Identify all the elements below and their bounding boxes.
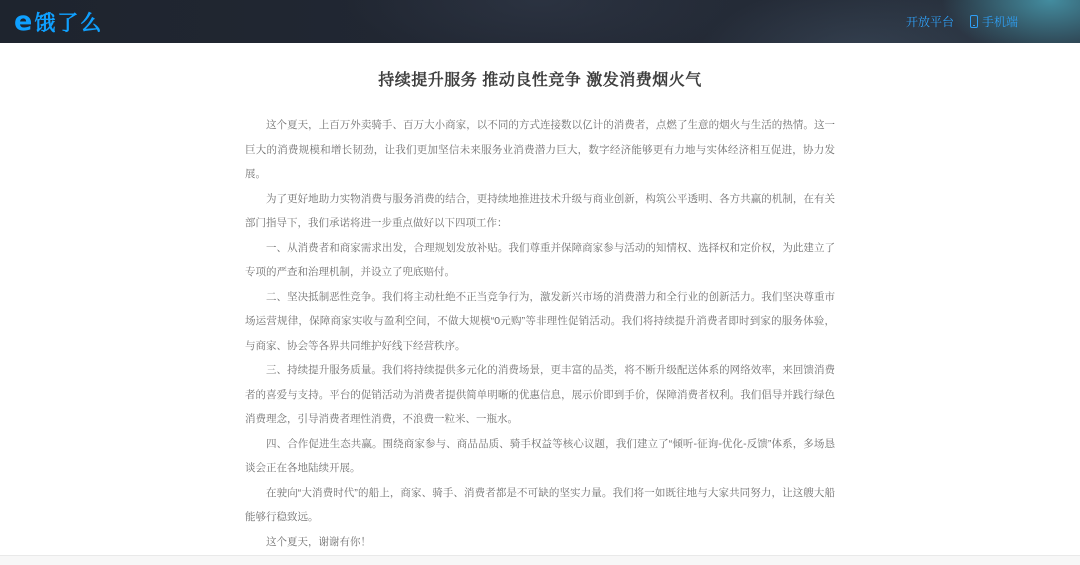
- nav-mobile[interactable]: 手机端: [970, 13, 1018, 30]
- eleme-logo-text: 饿了么: [34, 7, 103, 37]
- eleme-e-icon: e: [14, 8, 32, 35]
- top-nav: 开放平台 手机端: [906, 13, 1018, 30]
- paragraph: 一、从消费者和商家需求出发，合理规划发放补贴。我们尊重并保障商家参与活动的知情权…: [245, 236, 835, 285]
- page: e 饿了么 开放平台 手机端 持续提升服务 推动良性竞争 激发消费烟火气 这个夏…: [0, 0, 1080, 565]
- paragraph: 四、合作促进生态共赢。围绕商家参与、商品品质、骑手权益等核心议题，我们建立了“倾…: [245, 432, 835, 481]
- nav-mobile-label: 手机端: [982, 13, 1018, 30]
- paragraph: 二、坚决抵制恶性竞争。我们将主动杜绝不正当竞争行为，激发新兴市场的消费潜力和全行…: [245, 285, 835, 359]
- article-body: 这个夏天，上百万外卖骑手、百万大小商家，以不同的方式连接数以亿计的消费者，点燃了…: [245, 113, 835, 554]
- footer-strip: [0, 555, 1080, 565]
- article-title: 持续提升服务 推动良性竞争 激发消费烟火气: [0, 71, 1080, 91]
- paragraph: 这个夏天，上百万外卖骑手、百万大小商家，以不同的方式连接数以亿计的消费者，点燃了…: [245, 113, 835, 187]
- paragraph: 在驶向“大消费时代”的船上，商家、骑手、消费者都是不可缺的坚实力量。我们将一如既…: [245, 481, 835, 530]
- paragraph: 为了更好地助力实物消费与服务消费的结合，更持续地推进技术升级与商业创新，构筑公平…: [245, 187, 835, 236]
- eleme-logo[interactable]: e 饿了么: [14, 7, 103, 37]
- article: 持续提升服务 推动良性竞争 激发消费烟火气 这个夏天，上百万外卖骑手、百万大小商…: [0, 43, 1080, 554]
- nav-open-platform[interactable]: 开放平台: [906, 13, 954, 30]
- paragraph: 三、持续提升服务质量。我们将持续提供多元化的消费场景，更丰富的品类，将不断升级配…: [245, 358, 835, 432]
- paragraph: 这个夏天，谢谢有你！: [245, 530, 835, 555]
- header: e 饿了么 开放平台 手机端: [0, 0, 1080, 43]
- phone-icon: [970, 15, 978, 28]
